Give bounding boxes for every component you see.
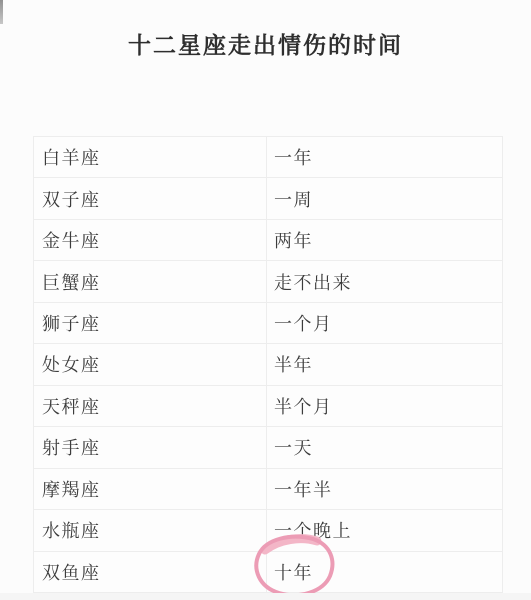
duration-cell: 一个月: [267, 303, 502, 343]
duration-cell: 半年: [267, 344, 502, 384]
zodiac-sign-cell: 天秤座: [34, 386, 267, 426]
table-row: 双鱼座 十年: [34, 552, 502, 592]
table-row: 天秤座 半个月: [34, 386, 502, 427]
duration-cell: 十年: [267, 552, 502, 592]
zodiac-sign-cell: 双鱼座: [34, 552, 267, 592]
duration-cell: 一个晚上: [267, 510, 502, 550]
table-row: 射手座 一天: [34, 427, 502, 468]
table-row: 金牛座 两年: [34, 220, 502, 261]
table-row: 双子座 一周: [34, 178, 502, 219]
bottom-strip: [0, 593, 531, 600]
duration-cell: 一周: [267, 178, 502, 218]
zodiac-sign-cell: 巨蟹座: [34, 261, 267, 301]
duration-cell: 走不出来: [267, 261, 502, 301]
zodiac-sign-cell: 狮子座: [34, 303, 267, 343]
page-title: 十二星座走出情伤的时间: [0, 27, 531, 60]
zodiac-sign-cell: 双子座: [34, 178, 267, 218]
duration-cell: 两年: [267, 220, 502, 260]
zodiac-sign-cell: 白羊座: [34, 137, 267, 177]
table-row: 狮子座 一个月: [34, 303, 502, 344]
table-row: 水瓶座 一个晚上: [34, 510, 502, 551]
table-row: 巨蟹座 走不出来: [34, 261, 502, 302]
corner-artifact: [0, 0, 3, 24]
zodiac-table: 白羊座 一年 双子座 一周 金牛座 两年 巨蟹座 走不出来 狮子座 一个月 处女…: [33, 136, 503, 593]
duration-cell: 一年半: [267, 469, 502, 509]
duration-cell: 半个月: [267, 386, 502, 426]
zodiac-sign-cell: 金牛座: [34, 220, 267, 260]
table-row: 白羊座 一年: [34, 137, 502, 178]
table-row: 处女座 半年: [34, 344, 502, 385]
table-row: 摩羯座 一年半: [34, 469, 502, 510]
duration-cell: 一天: [267, 427, 502, 467]
zodiac-sign-cell: 射手座: [34, 427, 267, 467]
screenshot-root: 十二星座走出情伤的时间 白羊座 一年 双子座 一周 金牛座 两年 巨蟹座 走不出…: [0, 0, 531, 600]
duration-cell: 一年: [267, 137, 502, 177]
zodiac-sign-cell: 摩羯座: [34, 469, 267, 509]
zodiac-sign-cell: 处女座: [34, 344, 267, 384]
zodiac-sign-cell: 水瓶座: [34, 510, 267, 550]
